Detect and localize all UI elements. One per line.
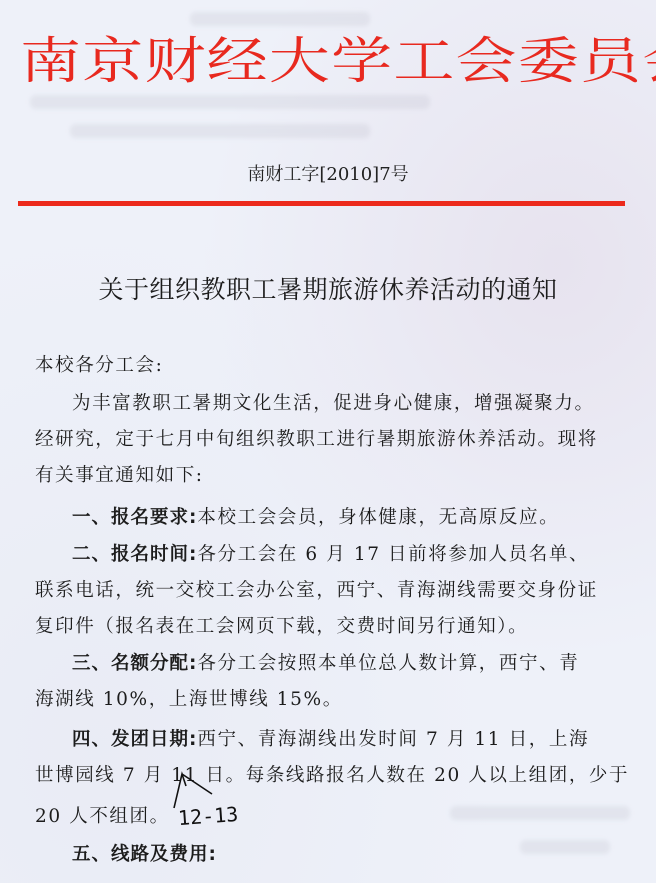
section-5: 五、线路及费用:	[72, 840, 656, 870]
section-1: 一、报名要求:本校工会会员，身体健康，无高原反应。	[72, 503, 656, 533]
section-4-heading: 四、发团日期:	[72, 729, 197, 750]
letterhead-organization: 南京财经大学工会委员会	[20, 28, 606, 94]
letterhead-red-rule	[18, 201, 625, 206]
bleed-through-mark	[190, 12, 370, 26]
salutation: 本校各分工会:	[35, 351, 635, 381]
intro-line-3: 有关事宜通知如下:	[35, 461, 635, 491]
section-1-heading: 一、报名要求:	[72, 507, 197, 528]
intro-line-1: 为丰富教职工暑期文化生活，促进身心健康，增强凝聚力。	[72, 389, 656, 419]
section-3-line-2: 海湖线 10%，上海世博线 15%。	[35, 685, 635, 715]
section-3: 三、名额分配:各分工会按照本单位总人数计算，西宁、青	[72, 649, 656, 679]
section-4-text: 西宁、青海湖线出发时间 7 月 11 日，上海	[197, 729, 589, 750]
section-2-line-3: 复印件（报名表在工会网页下载，交费时间另行通知）。	[35, 612, 635, 642]
section-4-line-3: 20 人不组团。	[35, 802, 635, 832]
section-4-line-2: 世博园线 7 月 11 日。每条线路报名人数在 20 人以上组团，少于	[35, 761, 635, 791]
bleed-through-mark	[70, 124, 370, 138]
section-2-line-2: 联系电话，统一交校工会办公室，西宁、青海湖线需要交身份证	[35, 576, 635, 606]
section-4: 四、发团日期:西宁、青海湖线出发时间 7 月 11 日，上海	[72, 725, 656, 755]
section-2-heading: 二、报名时间:	[72, 544, 197, 565]
document-number: 南财工字[2010]7号	[0, 162, 656, 188]
bleed-through-mark	[30, 95, 430, 109]
section-5-heading: 五、线路及费用:	[72, 844, 217, 865]
section-3-heading: 三、名额分配:	[72, 653, 197, 674]
section-3-text: 各分工会按照本单位总人数计算，西宁、青	[197, 653, 579, 674]
section-2: 二、报名时间:各分工会在 6 月 17 日前将参加人员名单、	[72, 540, 656, 570]
handwritten-annotation: 12-13	[177, 802, 239, 830]
section-1-text: 本校工会会员，身体健康，无高原反应。	[197, 507, 559, 528]
document-title: 关于组织教职工暑期旅游休养活动的通知	[0, 272, 656, 308]
intro-line-2: 经研究，定于七月中旬组织教职工进行暑期旅游休养活动。现将	[35, 425, 635, 455]
section-2-text: 各分工会在 6 月 17 日前将参加人员名单、	[197, 544, 589, 565]
